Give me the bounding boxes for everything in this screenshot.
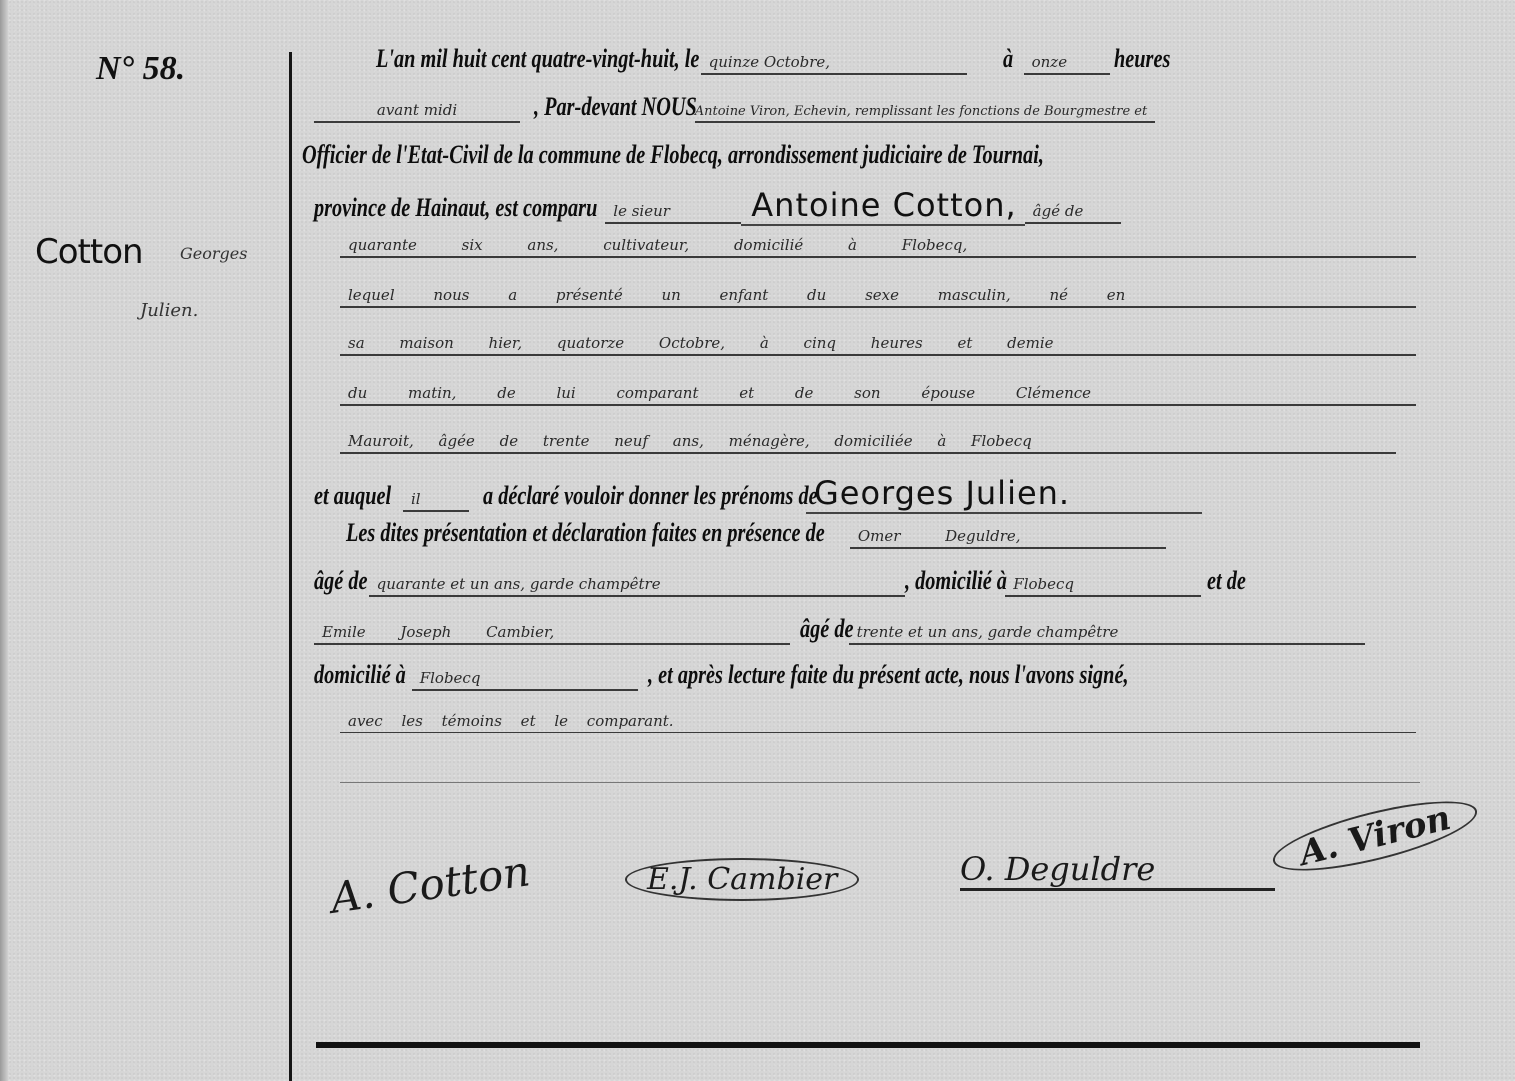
handwritten-text: âgé de (1025, 202, 1121, 224)
printed-text: et auquel (314, 481, 391, 511)
printed-text: , et après lecture faite du présent acte… (648, 660, 1129, 690)
printed-text: a déclaré vouloir donner les prénoms de (483, 481, 818, 511)
signature-witness-cambier: E.J. Cambier (625, 858, 859, 901)
margin-surname: Cotton (35, 232, 143, 272)
line-6: lequel nous a présenté un enfant du sexe… (340, 286, 1416, 332)
printed-text: , domicilié à (905, 566, 1007, 596)
handwritten-father-name: Antoine Cotton, (741, 186, 1024, 226)
line-13: Emile Joseph Cambier, âgé de trente et u… (314, 614, 1365, 660)
handwritten-text: le sieur (605, 202, 741, 224)
handwritten-place: Flobecq (1005, 575, 1201, 597)
handwritten-text: du matin, de lui comparant et de son épo… (340, 384, 1416, 406)
record-number: N° 58. (96, 50, 185, 88)
printed-text: Les dites présentation et déclaration fa… (346, 518, 825, 548)
printed-text: âgé de (314, 566, 368, 596)
handwritten-officer: Antoine Viron, Echevin, remplissant les … (695, 104, 1155, 123)
handwritten-text: Mauroit, âgée de trente neuf ans, ménagè… (340, 432, 1396, 454)
closing-rule (316, 1042, 1420, 1048)
handwritten-pronoun: il (403, 490, 469, 512)
handwritten-place: Flobecq (412, 669, 638, 691)
handwritten-text: lequel nous a présenté un enfant du sexe… (340, 286, 1416, 308)
handwritten-time: avant midi (314, 101, 520, 123)
blank-rule (340, 782, 1420, 783)
printed-text: province de Hainaut, est comparu (314, 193, 597, 223)
printed-text: âgé de (800, 614, 854, 644)
margin-given-name-1: Georges (180, 244, 247, 263)
line-15: avec les témoins et le comparant. (340, 712, 1416, 758)
handwritten-date: quinze Octobre, (701, 53, 967, 75)
printed-text: L'an mil huit cent quatre-vingt-huit, le (376, 44, 699, 74)
page-edge-shadow (0, 0, 8, 1081)
line-8: du matin, de lui comparant et de son épo… (340, 384, 1416, 430)
line-10: et auquel il a déclaré vouloir donner le… (314, 474, 1202, 520)
line-1: L'an mil huit cent quatre-vingt-huit, le… (376, 44, 1186, 90)
handwritten-text: quarante six ans, cultivateur, domicilié… (340, 236, 1416, 258)
margin-given-name-2: Julien. (140, 300, 198, 321)
handwritten-child-name: Georges Julien. (806, 474, 1202, 514)
handwritten-text: trente et un ans, garde champêtre (849, 623, 1365, 645)
civil-record-page: N° 58. Cotton Georges Julien. L'an mil h… (0, 0, 1515, 1081)
line-11: Les dites présentation et déclaration fa… (346, 518, 1166, 564)
printed-text: à (1003, 44, 1013, 74)
handwritten-text: sa maison hier, quatorze Octobre, à cinq… (340, 334, 1416, 356)
handwritten-hour: onze (1024, 53, 1110, 75)
printed-text: heures (1114, 44, 1170, 74)
signature-officer: A. Viron (1267, 787, 1482, 884)
signature-father: A. Cotton (328, 846, 533, 922)
line-9: Mauroit, âgée de trente neuf ans, ménagè… (340, 432, 1396, 478)
printed-text: domicilié à (314, 660, 406, 690)
printed-text: Officier de l'Etat-Civil de la commune d… (302, 140, 1044, 170)
line-3: Officier de l'Etat-Civil de la commune d… (302, 140, 1253, 186)
line-2: avant midi , Par-devant NOUS Antoine Vir… (314, 92, 1155, 138)
line-14: domicilié à Flobecq , et après lecture f… (314, 660, 1264, 706)
margin-divider-rule (289, 52, 292, 1081)
line-12: âgé de quarante et un ans, garde champêt… (314, 566, 1257, 612)
handwritten-text: avec les témoins et le comparant. (340, 712, 1416, 733)
line-4: province de Hainaut, est comparu le sieu… (314, 186, 1121, 232)
handwritten-witness-1: Omer Deguldre, (850, 527, 1166, 549)
line-7: sa maison hier, quatorze Octobre, à cinq… (340, 334, 1416, 380)
printed-text: et de (1207, 566, 1246, 596)
line-5: quarante six ans, cultivateur, domicilié… (340, 236, 1416, 282)
handwritten-witness-2: Emile Joseph Cambier, (314, 623, 790, 645)
handwritten-text: quarante et un ans, garde champêtre (369, 575, 905, 597)
signature-witness-deguldre: O. Deguldre (960, 850, 1275, 891)
printed-text: , Par-devant NOUS (534, 92, 697, 122)
